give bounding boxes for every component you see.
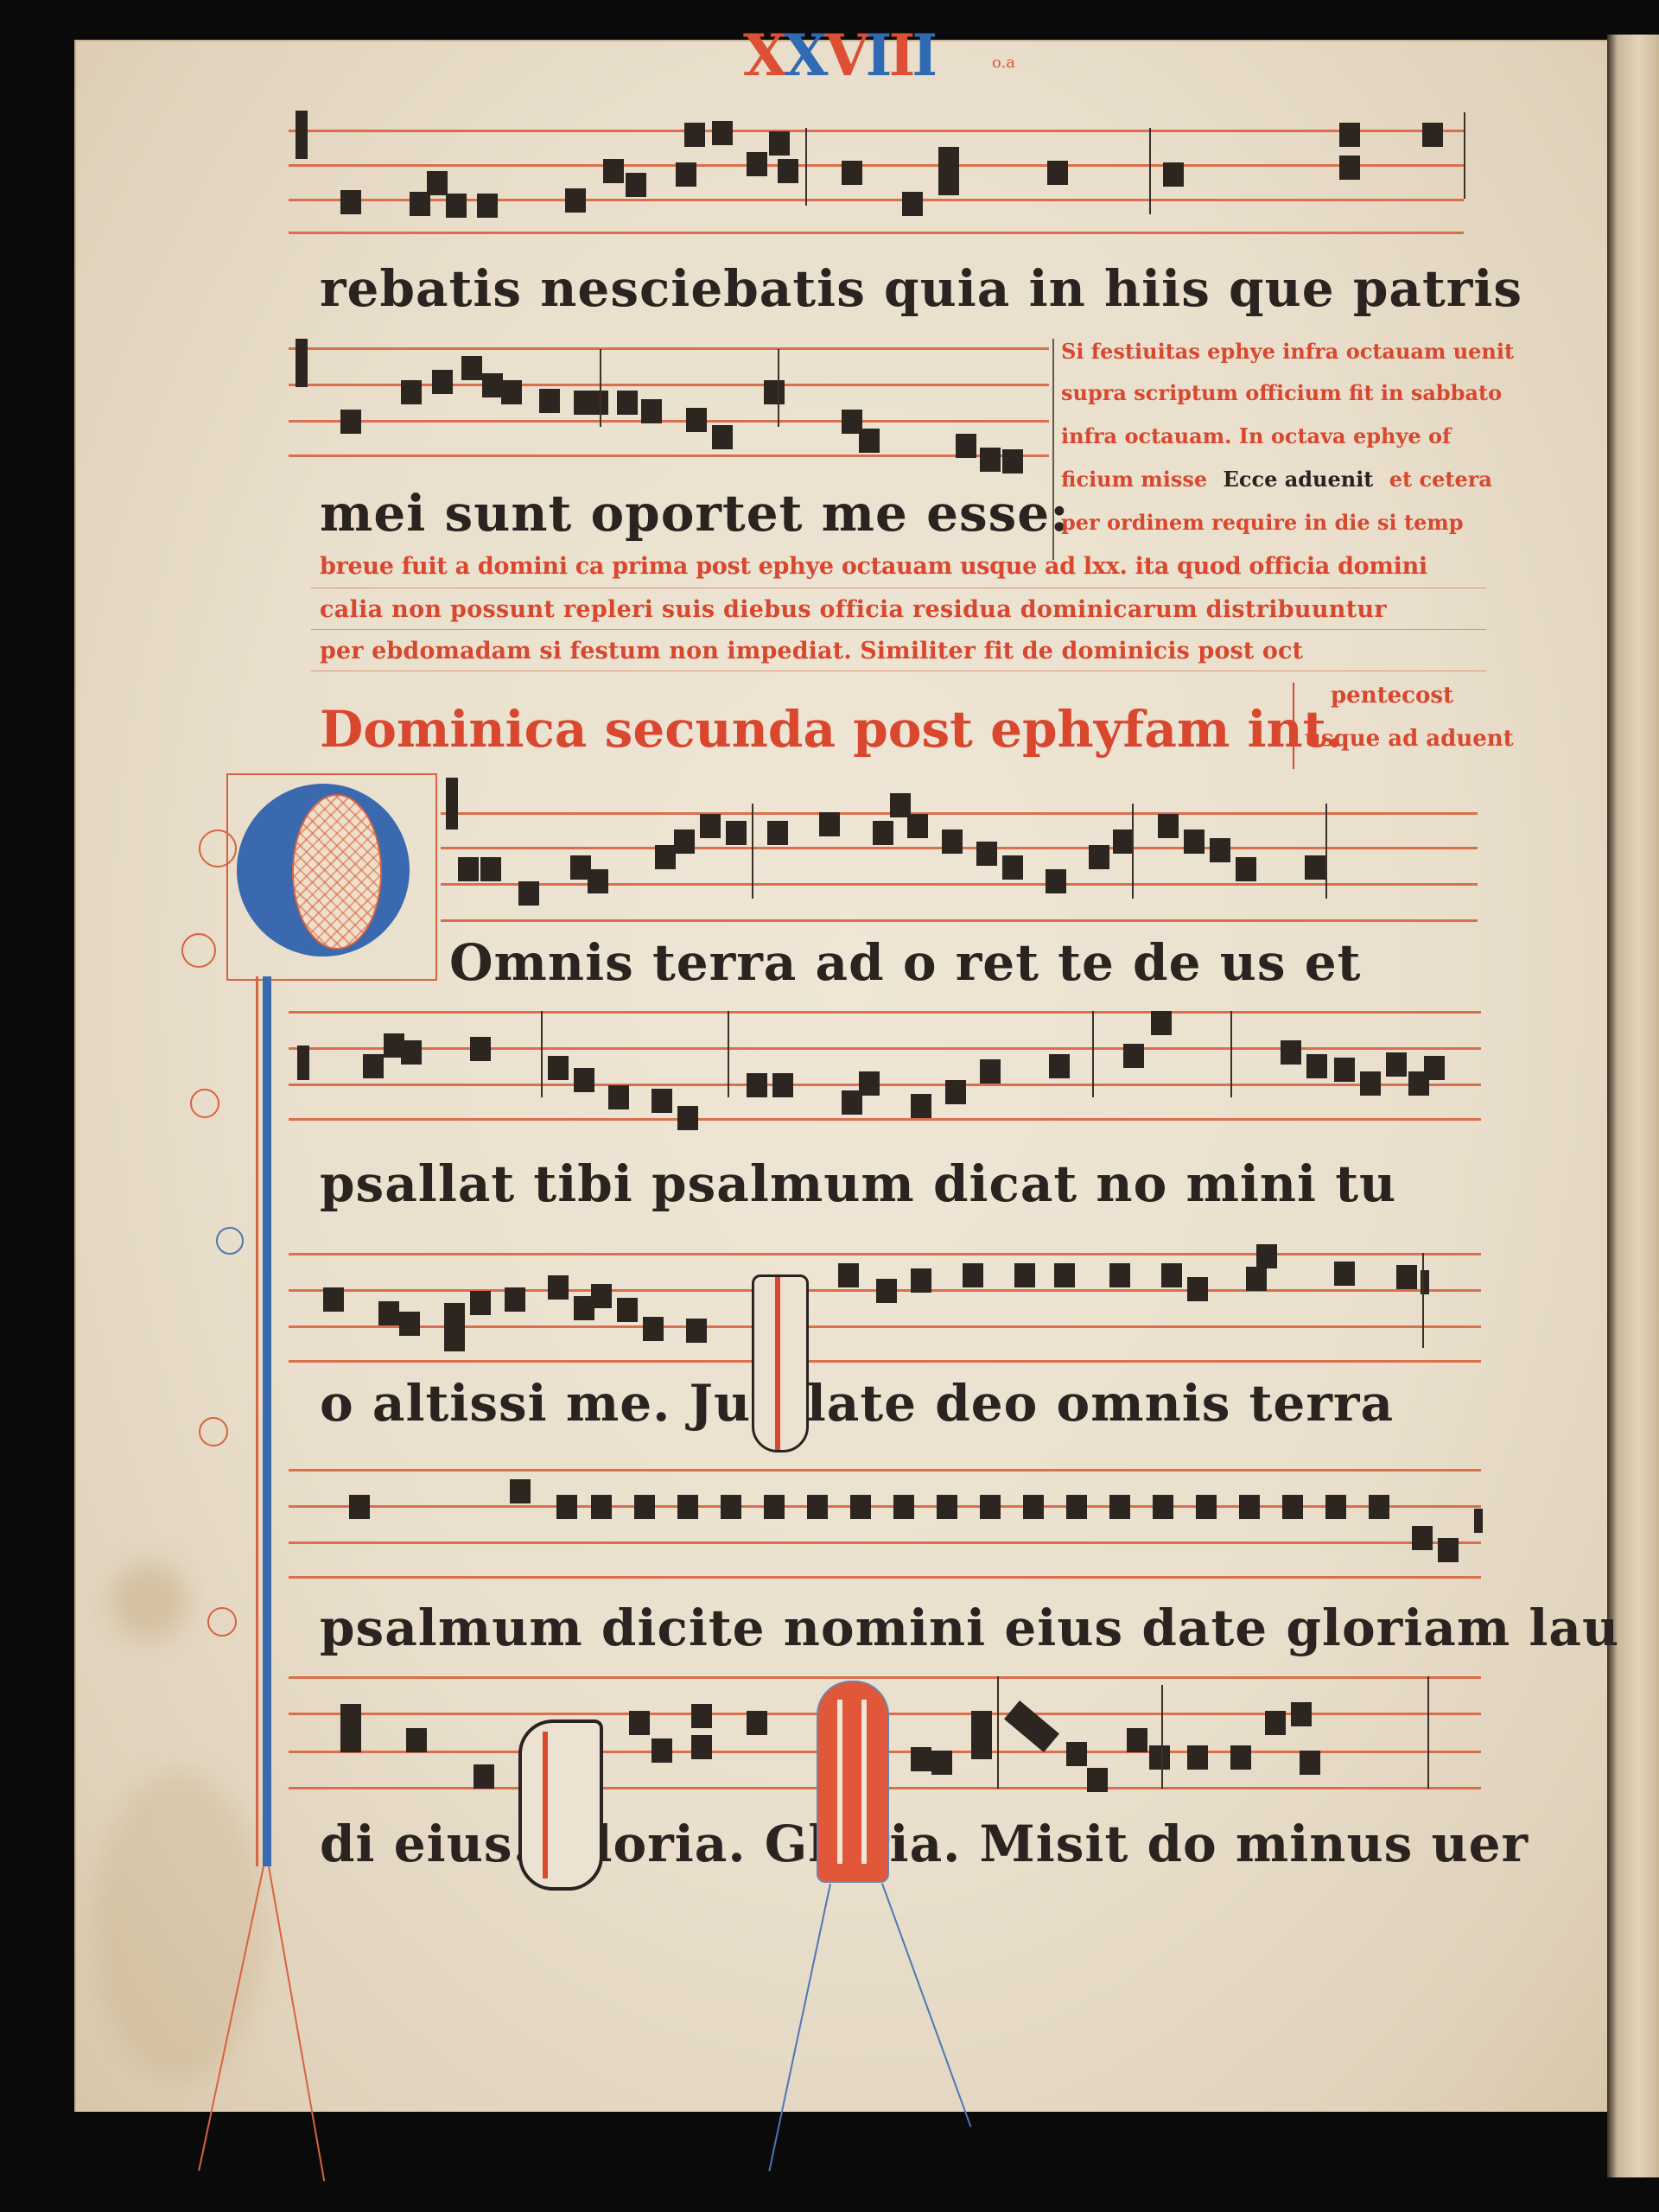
pen-flourish xyxy=(181,933,216,968)
rubric-side-line-4-text: ficium misse xyxy=(1061,467,1207,492)
chant-text-line-7: di eius. Gloria. Gloria. Misit do minus … xyxy=(320,1815,1529,1873)
margin-note-bracket xyxy=(1293,683,1294,769)
rubric-side-line-2: supra scriptum officium fit in sabbato xyxy=(1061,380,1502,405)
staff-5 xyxy=(289,1244,1481,1374)
staff-4 xyxy=(289,1002,1481,1132)
chant-text-line-3-text: Omnis terra ad o ret te de us et xyxy=(449,933,1361,992)
rubric-side-line-4: ficium misse Ecce aduenit et cetera xyxy=(1061,467,1492,492)
margin-border-red xyxy=(256,976,258,1866)
staff-6 xyxy=(289,1460,1481,1590)
rubric-side-line-1: Si festiuitas ephye infra octauam uenit xyxy=(1061,339,1514,364)
initial-g-gloria xyxy=(518,1719,603,1891)
rubric-side-line-5: per ordinem require in die si temp xyxy=(1061,510,1464,535)
rubric-rules xyxy=(311,588,1486,691)
staff-3 xyxy=(441,804,1478,933)
chant-text-line-6: psalmum dicite nomini eius date gloriam … xyxy=(320,1599,1619,1657)
margin-note-usque-ad-aduent: usque ad aduent xyxy=(1305,726,1514,752)
facing-page-edge xyxy=(1607,35,1659,2177)
margin-border-blue xyxy=(263,976,271,1866)
numeral-x-red: X xyxy=(743,29,784,81)
initial-j-jubilate xyxy=(752,1274,809,1452)
pen-flourish xyxy=(190,1089,219,1118)
chant-text-line-1: rebatis nesciebatis quia in hiis que pat… xyxy=(320,259,1522,318)
pen-flourish xyxy=(199,1417,228,1446)
rubric-full-line-1: breue fuit a domini ca prima post ephye … xyxy=(320,553,1427,580)
staff-2 xyxy=(289,339,1049,460)
rubric-et-cetera: et cetera xyxy=(1389,467,1492,492)
staff-1 xyxy=(289,121,1464,242)
folio-number: XXVIII xyxy=(743,29,935,81)
edge-stain xyxy=(93,1770,266,2081)
illuminated-initial-o xyxy=(226,773,437,981)
initial-o-filigree xyxy=(292,794,382,950)
rubric-side-line-3: infra octauam. In octava ephye of xyxy=(1061,423,1451,448)
numeral-i-red: I xyxy=(889,29,912,81)
numeral-i-blue: I xyxy=(866,29,889,81)
pen-flourish xyxy=(216,1227,244,1255)
chant-text-line-4: psallat tibi psalmum dicat no mini tu xyxy=(320,1154,1396,1213)
pen-flourish xyxy=(199,829,237,868)
numeral-i-blue-2: I xyxy=(912,29,935,81)
chant-text-line-5: o altissi me. Jubilate deo omnis terra xyxy=(320,1374,1394,1433)
heading-text: Dominica secunda post ephyfam int. xyxy=(320,700,1344,759)
numeral-x-blue: X xyxy=(784,29,824,81)
rubric-side-box xyxy=(1052,339,1054,560)
folio-suffix: o.a xyxy=(992,54,1015,72)
margin-note-pentecost: pentecost xyxy=(1331,683,1453,709)
pen-flourish xyxy=(207,1607,237,1637)
initial-m-misit xyxy=(817,1681,889,1883)
mass-heading: Dominica secunda post ephyfam int. xyxy=(320,700,1344,759)
chant-text-line-3: Omnis terra ad o ret te de us et xyxy=(449,933,1361,992)
numeral-v-red: V xyxy=(824,29,865,81)
incipit-ecce-aduenit: Ecce aduenit xyxy=(1224,467,1374,492)
water-stain xyxy=(111,1562,188,1640)
chant-text-line-2: mei sunt oportet me esse: xyxy=(320,484,1070,543)
